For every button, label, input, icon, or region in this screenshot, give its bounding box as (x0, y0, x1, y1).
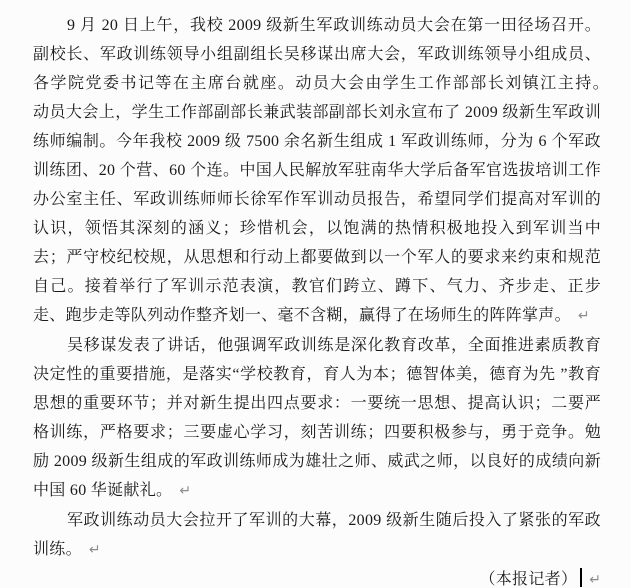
paragraph-mark-icon: ↵ (179, 483, 191, 499)
paragraph-speech[interactable]: 吴移谋发表了讲话，他强调军政训练是深化教育改革，全面推进素质教育决定性的重要措施… (33, 331, 601, 506)
text-cursor (580, 568, 582, 587)
paragraph-mark-icon: ↵ (89, 542, 101, 558)
paragraph-mobilization-meeting[interactable]: 9 月 20 日上午，我校 2009 级新生军政训练动员大会在第一田径场召开。副… (33, 11, 601, 331)
paragraph-closing[interactable]: 军政训练动员大会拉开了军训的大幕，2009 级新生随后投入了紧张的军政训练。↵ (33, 506, 601, 565)
document-page[interactable]: 9 月 20 日上午，我校 2009 级新生军政训练动员大会在第一田径场召开。副… (0, 0, 631, 588)
paragraph-byline[interactable]: （本报记者）↵ (33, 565, 601, 588)
paragraph-mark-icon: ↵ (589, 572, 601, 588)
paragraph-mark-icon: ↵ (578, 308, 590, 324)
paragraph-text: 9 月 20 日上午，我校 2009 级新生军政训练动员大会在第一田径场召开。副… (33, 17, 631, 324)
byline-text: （本报记者） (479, 571, 577, 588)
paragraph-text: 军政训练动员大会拉开了军训的大幕，2009 级新生随后投入了紧张的军政训练。 (33, 512, 601, 558)
paragraph-text: 吴移谋发表了讲话，他强调军政训练是深化教育改革，全面推进素质教育决定性的重要措施… (33, 337, 601, 499)
